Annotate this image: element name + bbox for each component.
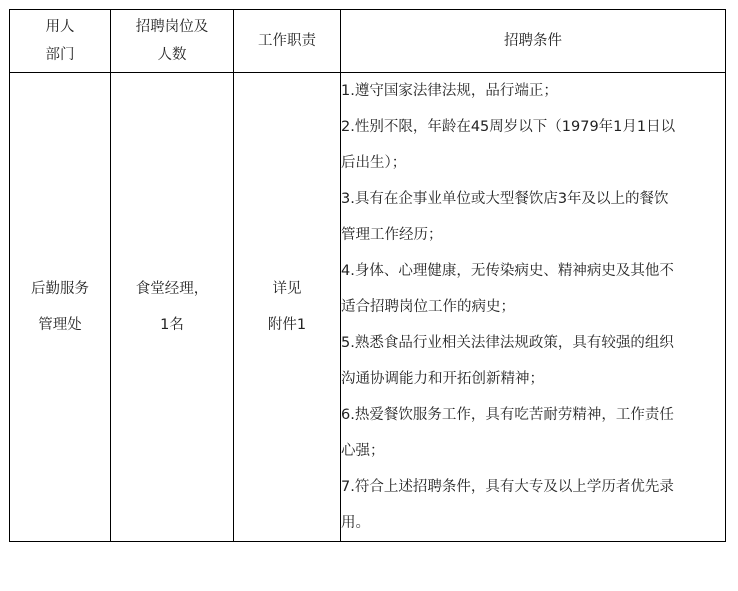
table-row: 后勤服务 管理处 食堂经理， 1名 详见 附件1 1.遵守国家法律法规，品行端正… xyxy=(10,73,726,542)
recruitment-table: 用人 部门 招聘岗位及 人数 工作职责 招聘条件 后勤服务 管理处 食堂经理， … xyxy=(9,9,726,542)
header-duties: 工作职责 xyxy=(234,10,341,73)
cell-department: 后勤服务 管理处 xyxy=(10,73,111,542)
condition-line: 用。 xyxy=(341,505,725,541)
condition-line: 1.遵守国家法律法规，品行端正； xyxy=(341,73,725,109)
condition-line: 管理工作经历； xyxy=(341,217,725,253)
condition-line: 心强； xyxy=(341,433,725,469)
header-conditions: 招聘条件 xyxy=(341,10,726,73)
header-position: 招聘岗位及 人数 xyxy=(111,10,234,73)
condition-line: 适合招聘岗位工作的病史； xyxy=(341,289,725,325)
condition-line: 4.身体、心理健康，无传染病史、精神病史及其他不 xyxy=(341,253,725,289)
condition-line: 3.具有在企事业单位或大型餐饮店3年及以上的餐饮 xyxy=(341,181,725,217)
condition-line: 后出生）； xyxy=(341,145,725,181)
header-department: 用人 部门 xyxy=(10,10,111,73)
condition-line: 7.符合上述招聘条件，具有大专及以上学历者优先录 xyxy=(341,469,725,505)
condition-line: 2.性别不限，年龄在45周岁以下（1979年1月1日以 xyxy=(341,109,725,145)
condition-line: 沟通协调能力和开拓创新精神； xyxy=(341,361,725,397)
condition-line: 6.热爱餐饮服务工作，具有吃苦耐劳精神，工作责任 xyxy=(341,397,725,433)
header-row: 用人 部门 招聘岗位及 人数 工作职责 招聘条件 xyxy=(10,10,726,73)
cell-position: 食堂经理， 1名 xyxy=(111,73,234,542)
cell-conditions: 1.遵守国家法律法规，品行端正； 2.性别不限，年龄在45周岁以下（1979年1… xyxy=(341,73,726,542)
cell-duties: 详见 附件1 xyxy=(234,73,341,542)
condition-line: 5.熟悉食品行业相关法律法规政策，具有较强的组织 xyxy=(341,325,725,361)
